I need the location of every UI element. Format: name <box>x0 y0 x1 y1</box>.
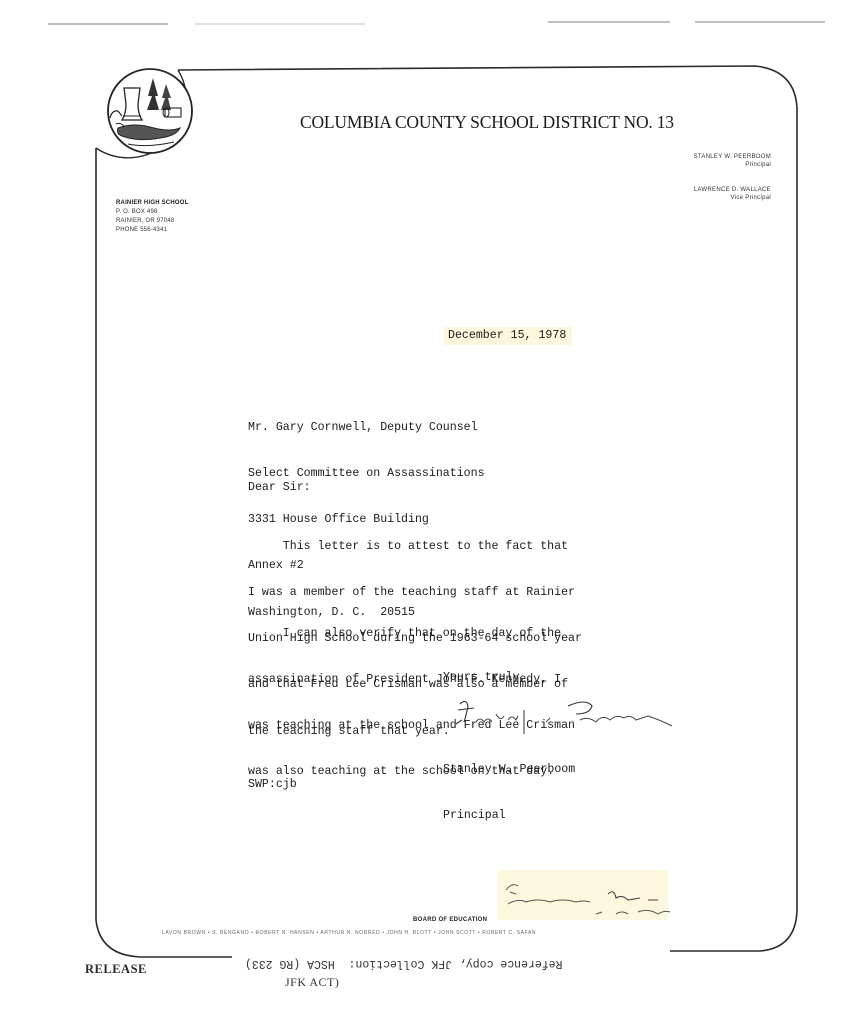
paragraph-line: I can also verify that on the day of the <box>248 626 575 641</box>
letter-date: December 15, 1978 <box>444 327 572 345</box>
school-address-line2: RAINIER, OR 97048 <box>116 217 188 226</box>
recipient-line: Mr. Gary Cornwell, Deputy Counsel <box>248 420 485 435</box>
staff-vice-principal: LAWRENCE D. WALLACE Vice Principal <box>694 186 771 202</box>
closing: Yours truly, <box>443 670 527 685</box>
staff-name: STANLEY W. PEERBOOM <box>694 153 772 161</box>
release-stamp: RELEASE <box>85 962 147 977</box>
staff-principal: STANLEY W. PEERBOOM Principal <box>694 153 772 169</box>
paragraph-line: This letter is to attest to the fact tha… <box>248 539 582 554</box>
signer-block: Stanley W. Peerboom Principal <box>443 731 575 839</box>
reference-copy-stamp: Reference copy, JFK Collection: HSCA (RG… <box>245 957 562 970</box>
board-members: LAVON BROWN • S. BENGANO • ROBERT N. HAN… <box>162 930 536 936</box>
jfk-act-stamp: JFK ACT) <box>285 975 339 990</box>
school-name: RAINIER HIGH SCHOOL <box>116 199 188 208</box>
district-name: COLUMBIA COUNTY SCHOOL DISTRICT NO. 13 <box>300 112 674 133</box>
signer-name: Stanley W. Peerboom <box>443 762 575 777</box>
handwritten-notation-icon <box>498 870 678 922</box>
school-phone: PHONE 556-4341 <box>116 226 188 235</box>
staff-name: LAWRENCE D. WALLACE <box>694 186 771 194</box>
signer-title: Principal <box>443 808 575 823</box>
school-seal-icon <box>98 66 206 158</box>
school-address-block: RAINIER HIGH SCHOOL P. O. BOX 498 RAINIE… <box>116 199 188 235</box>
school-address-line1: P. O. BOX 498 <box>116 208 188 217</box>
handwritten-signature-icon <box>450 692 680 734</box>
board-of-education-label: BOARD OF EDUCATION <box>413 917 487 923</box>
typist-initials: SWP:cjb <box>248 777 297 792</box>
staff-title: Principal <box>694 161 772 169</box>
salutation: Dear Sir: <box>248 480 311 495</box>
staff-title: Vice Principal <box>694 194 771 202</box>
